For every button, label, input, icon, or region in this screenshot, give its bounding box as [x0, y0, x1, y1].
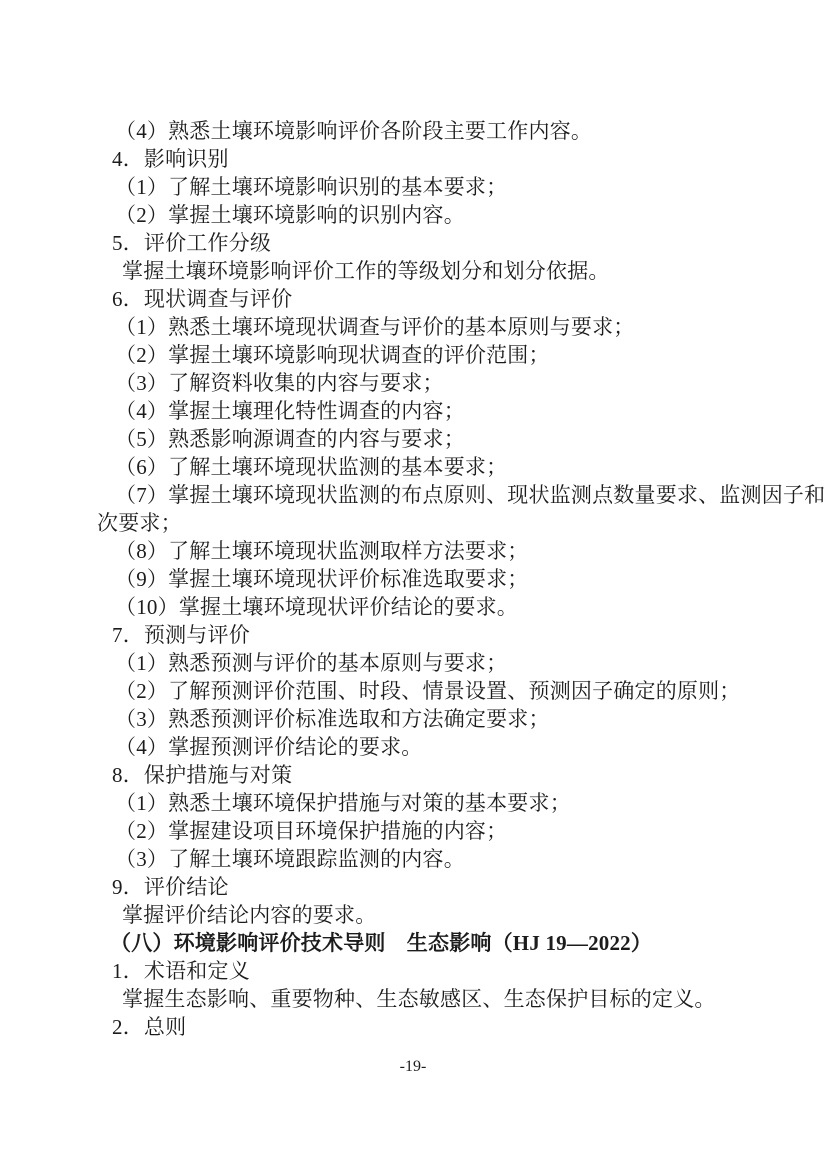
- text-line: 5．评价工作分级: [97, 229, 766, 257]
- text-line: （3）了解土壤环境跟踪监测的内容。: [97, 845, 766, 873]
- text-line: 8．保护措施与对策: [97, 761, 766, 789]
- document-page: （4）熟悉土壤环境影响评价各阶段主要工作内容。4．影响识别（1）了解土壤环境影响…: [0, 0, 826, 1169]
- text-line: 掌握评价结论内容的要求。: [97, 901, 766, 929]
- text-line: 7．预测与评价: [97, 621, 766, 649]
- text-line: （1）了解土壤环境影响识别的基本要求；: [97, 173, 766, 201]
- text-line: （10）掌握土壤环境现状评价结论的要求。: [97, 593, 766, 621]
- text-line: 掌握生态影响、重要物种、生态敏感区、生态保护目标的定义。: [97, 985, 766, 1013]
- text-line: （5）熟悉影响源调查的内容与要求；: [97, 425, 766, 453]
- text-line: 9．评价结论: [97, 873, 766, 901]
- text-line: （7）掌握土壤环境现状监测的布点原则、现状监测点数量要求、监测因子和频: [97, 481, 766, 509]
- text-line: （2）掌握土壤环境影响的识别内容。: [97, 201, 766, 229]
- text-line: （2）掌握土壤环境影响现状调查的评价范围；: [97, 341, 766, 369]
- text-line: （4）掌握土壤理化特性调查的内容；: [97, 397, 766, 425]
- page-number: -19-: [0, 1056, 826, 1078]
- text-line: （6）了解土壤环境现状监测的基本要求；: [97, 453, 766, 481]
- text-line: 次要求；: [97, 509, 766, 537]
- text-line: （8）了解土壤环境现状监测取样方法要求；: [97, 537, 766, 565]
- text-line: （2）掌握建设项目环境保护措施的内容；: [97, 817, 766, 845]
- section-heading: （八）环境影响评价技术导则 生态影响（HJ 19—2022）: [97, 929, 766, 957]
- text-line: （1）熟悉土壤环境现状调查与评价的基本原则与要求；: [97, 313, 766, 341]
- text-line: （4）熟悉土壤环境影响评价各阶段主要工作内容。: [97, 117, 766, 145]
- text-line: （4）掌握预测评价结论的要求。: [97, 733, 766, 761]
- text-line: （9）掌握土壤环境现状评价标准选取要求；: [97, 565, 766, 593]
- text-line: 2．总则: [97, 1013, 766, 1041]
- text-line: 掌握土壤环境影响评价工作的等级划分和划分依据。: [97, 257, 766, 285]
- text-line: （3）熟悉预测评价标准选取和方法确定要求；: [97, 705, 766, 733]
- text-line: 1．术语和定义: [97, 957, 766, 985]
- text-line: 6．现状调查与评价: [97, 285, 766, 313]
- text-line: （3）了解资料收集的内容与要求；: [97, 369, 766, 397]
- text-line: （1）熟悉预测与评价的基本原则与要求；: [97, 649, 766, 677]
- text-line: （2）了解预测评价范围、时段、情景设置、预测因子确定的原则；: [97, 677, 766, 705]
- text-line: （1）熟悉土壤环境保护措施与对策的基本要求；: [97, 789, 766, 817]
- text-line: 4．影响识别: [97, 145, 766, 173]
- document-lines: （4）熟悉土壤环境影响评价各阶段主要工作内容。4．影响识别（1）了解土壤环境影响…: [97, 117, 766, 1041]
